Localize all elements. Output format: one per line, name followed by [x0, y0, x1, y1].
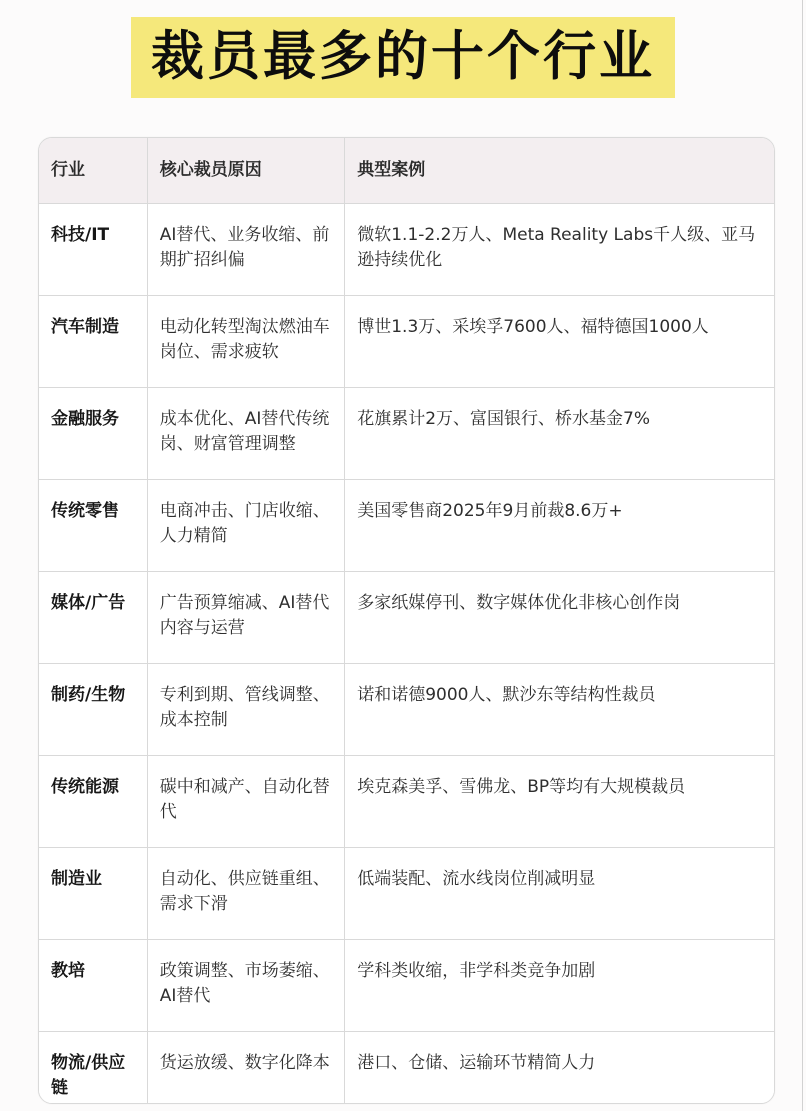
industry-cell: 制造业 [39, 848, 148, 939]
cases-cell: 美国零售商2025年9月前裁8.6万+ [345, 480, 774, 571]
reason-cell: 电商冲击、门店收缩、人力精简 [148, 480, 345, 571]
reason-cell: 货运放缓、数字化降本 [148, 1032, 345, 1103]
industry-cell: 科技/IT [39, 204, 148, 295]
cases-cell: 港口、仓储、运输环节精简人力 [345, 1032, 774, 1103]
reason-cell: 专利到期、管线调整、成本控制 [148, 664, 345, 755]
cases-cell: 博世1.3万、采埃孚7600人、福特德国1000人 [345, 296, 774, 387]
column-header-cases: 典型案例 [345, 138, 774, 203]
industry-cell: 制药/生物 [39, 664, 148, 755]
reason-cell: 碳中和减产、自动化替代 [148, 756, 345, 847]
reason-cell: 广告预算缩减、AI替代内容与运营 [148, 572, 345, 663]
image-right-edge-line [802, 0, 803, 1111]
table-row: 教培 政策调整、市场萎缩、AI替代 学科类收缩，非学科类竞争加剧 [39, 940, 774, 1032]
reason-cell: AI替代、业务收缩、前期扩招纠偏 [148, 204, 345, 295]
infographic-canvas: 裁员最多的十个行业 行业 核心裁员原因 典型案例 科技/IT AI替代、业务收缩… [0, 0, 806, 1111]
reason-cell: 自动化、供应链重组、需求下滑 [148, 848, 345, 939]
page-title: 裁员最多的十个行业 [131, 17, 675, 98]
industry-cell: 物流/供应链 [39, 1032, 148, 1103]
table-row: 金融服务 成本优化、AI替代传统岗、财富管理调整 花旗累计2万、富国银行、桥水基… [39, 388, 774, 480]
column-header-reason: 核心裁员原因 [148, 138, 345, 203]
table-row: 物流/供应链 货运放缓、数字化降本 港口、仓储、运输环节精简人力 [39, 1032, 774, 1103]
cases-cell: 埃克森美孚、雪佛龙、BP等均有大规模裁员 [345, 756, 774, 847]
table-row: 制造业 自动化、供应链重组、需求下滑 低端装配、流水线岗位削减明显 [39, 848, 774, 940]
table-row: 传统能源 碳中和减产、自动化替代 埃克森美孚、雪佛龙、BP等均有大规模裁员 [39, 756, 774, 848]
cases-cell: 多家纸媒停刊、数字媒体优化非核心创作岗 [345, 572, 774, 663]
title-banner: 裁员最多的十个行业 [0, 0, 806, 98]
industry-cell: 汽车制造 [39, 296, 148, 387]
reason-cell: 电动化转型淘汰燃油车岗位、需求疲软 [148, 296, 345, 387]
reason-cell: 成本优化、AI替代传统岗、财富管理调整 [148, 388, 345, 479]
column-header-industry: 行业 [39, 138, 148, 203]
industry-cell: 教培 [39, 940, 148, 1031]
cases-cell: 诺和诺德9000人、默沙东等结构性裁员 [345, 664, 774, 755]
table-row: 科技/IT AI替代、业务收缩、前期扩招纠偏 微软1.1-2.2万人、Meta … [39, 204, 774, 296]
table-row: 媒体/广告 广告预算缩减、AI替代内容与运营 多家纸媒停刊、数字媒体优化非核心创… [39, 572, 774, 664]
industry-cell: 媒体/广告 [39, 572, 148, 663]
cases-cell: 花旗累计2万、富国银行、桥水基金7% [345, 388, 774, 479]
industry-cell: 传统零售 [39, 480, 148, 571]
cases-cell: 微软1.1-2.2万人、Meta Reality Labs千人级、亚马逊持续优化 [345, 204, 774, 295]
table-header-row: 行业 核心裁员原因 典型案例 [39, 138, 774, 204]
table-row: 汽车制造 电动化转型淘汰燃油车岗位、需求疲软 博世1.3万、采埃孚7600人、福… [39, 296, 774, 388]
industry-cell: 传统能源 [39, 756, 148, 847]
cases-cell: 低端装配、流水线岗位削减明显 [345, 848, 774, 939]
industry-cell: 金融服务 [39, 388, 148, 479]
reason-cell: 政策调整、市场萎缩、AI替代 [148, 940, 345, 1031]
table-row: 传统零售 电商冲击、门店收缩、人力精简 美国零售商2025年9月前裁8.6万+ [39, 480, 774, 572]
cases-cell: 学科类收缩，非学科类竞争加剧 [345, 940, 774, 1031]
table-row: 制药/生物 专利到期、管线调整、成本控制 诺和诺德9000人、默沙东等结构性裁员 [39, 664, 774, 756]
layoffs-table: 行业 核心裁员原因 典型案例 科技/IT AI替代、业务收缩、前期扩招纠偏 微软… [38, 137, 775, 1104]
